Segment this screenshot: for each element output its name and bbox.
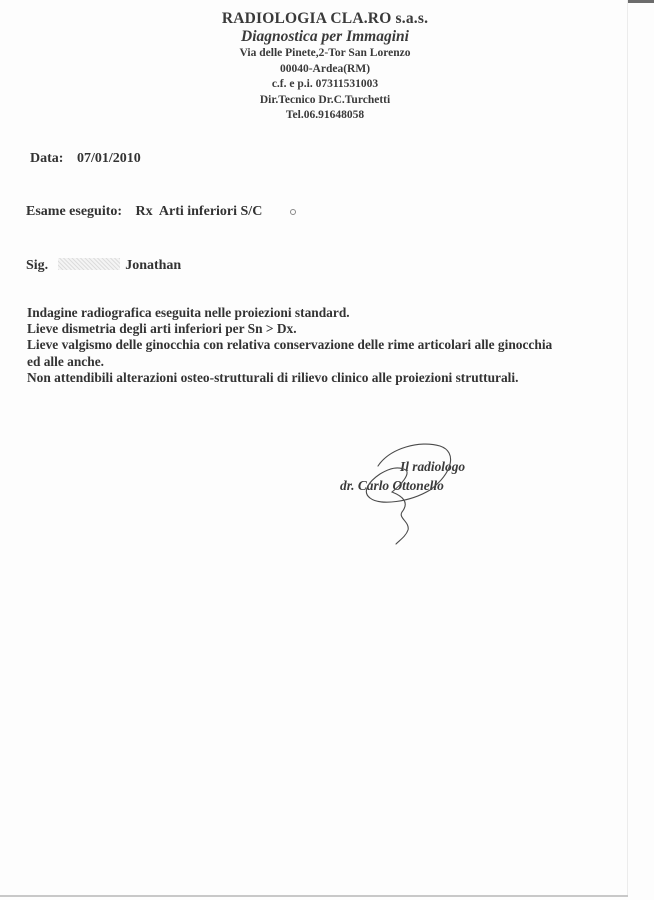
exam-value: Rx Arti inferiori S/C (136, 204, 263, 219)
phone-number: Tel.06.91648058 (170, 108, 480, 124)
scanned-document-page: RADIOLOGIA CLA.RO s.a.s. Diagnostica per… (0, 0, 654, 900)
page-right-edge (627, 0, 628, 896)
report-line: Lieve dismetria degli arti inferiori per… (27, 321, 587, 337)
date-field: Data: 07/01/2010 (30, 151, 141, 167)
handwritten-signature-icon (340, 440, 520, 560)
exam-field: Esame eseguito: Rx Arti inferiori S/C (26, 204, 296, 220)
technical-director: Dir.Tecnico Dr.C.Turchetti (170, 93, 480, 109)
report-body: Indagine radiografica eseguita nelle pro… (27, 305, 587, 386)
company-tagline: Diagnostica per Immagini (170, 28, 480, 46)
subject-name: Jonathan (125, 258, 181, 273)
scan-top-edge (628, 0, 654, 3)
address-line-2: 00040-Ardea(RM) (170, 62, 480, 78)
letterhead: RADIOLOGIA CLA.RO s.a.s. Diagnostica per… (170, 10, 480, 124)
report-line: Non attendibili alterazioni osteo-strutt… (27, 370, 587, 386)
address-line-1: Via delle Pinete,2-Tor San Lorenzo (170, 46, 480, 62)
page-bottom-edge (0, 895, 628, 897)
company-name: RADIOLOGIA CLA.RO s.a.s. (170, 10, 480, 28)
exam-label: Esame eseguito: (26, 204, 122, 219)
tax-id: c.f. e p.i. 07311531003 (170, 77, 480, 93)
redacted-surname (58, 258, 120, 270)
date-value: 07/01/2010 (77, 151, 141, 166)
date-label: Data: (30, 151, 63, 166)
signature-block: Il radiologo dr. Carlo Ottonello (340, 440, 520, 560)
report-line: Lieve valgismo delle ginocchia con relat… (27, 337, 557, 369)
report-line: Indagine radiografica eseguita nelle pro… (27, 305, 587, 321)
scan-speck-icon (290, 209, 296, 215)
subject-field: Sig. Jonathan (26, 258, 181, 274)
subject-label: Sig. (26, 258, 48, 273)
